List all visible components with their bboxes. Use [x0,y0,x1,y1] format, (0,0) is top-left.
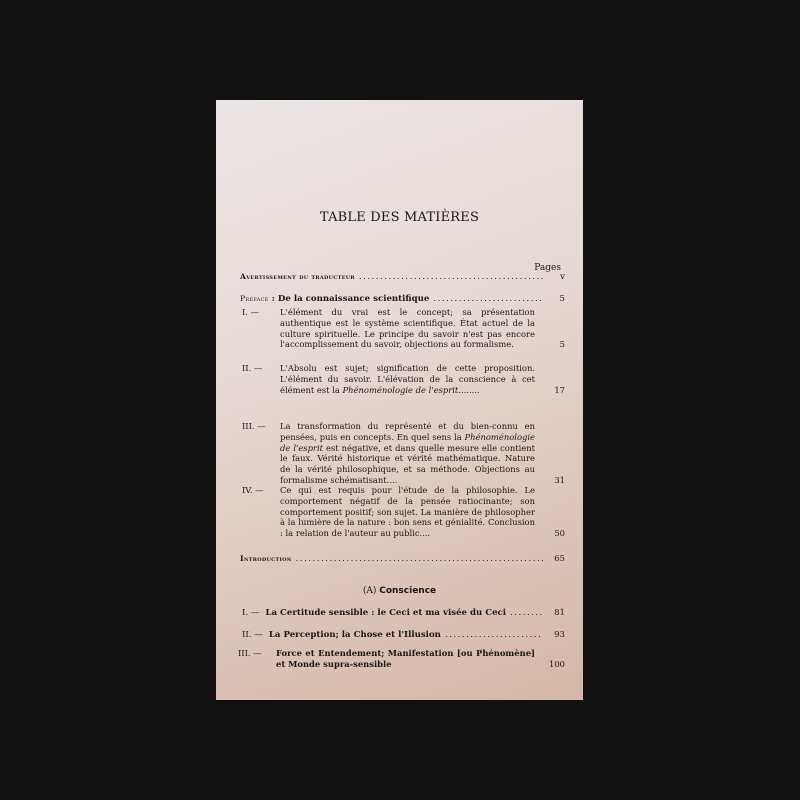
toc-subentry: III. — Force et Entendement; Manifestati… [238,648,565,670]
entry-page: v [547,272,565,283]
entry-label: : De la connaissance scientifique [269,294,430,304]
entry-number: IV. — [242,485,264,496]
entry-page: 100 [549,659,565,670]
toc-subentry: I. — La Certitude sensible : le Ceci et … [242,608,565,619]
book-page: TABLE DES MATIÈRES Pages Avertissement d… [216,100,583,700]
entry-page: 65 [547,554,565,565]
leader-dots [433,294,543,305]
entry-text: Force et Entendement; Manifestation [ou … [276,648,535,670]
entry-label-sc: Préface [240,294,269,303]
entry-number: III. — [242,421,266,432]
entry-text: La transformation du représenté et du bi… [280,421,535,486]
entry-text: La Perception; la Chose et l'Illusion [269,630,441,641]
toc-entry-preface: Préface : De la connaissance scientifiqu… [240,294,565,305]
toc-entry-introduction: Introduction 65 [240,554,565,565]
entry-page: 5 [560,339,565,350]
leader-dots [359,272,543,283]
entry-page: 50 [554,528,565,539]
toc-entry-avertissement: Avertissement du traducteur v [240,272,565,283]
entry-page: 81 [547,608,565,619]
entry-page: 93 [547,630,565,641]
page-title: TABLE DES MATIÈRES [216,210,583,225]
toc-subentry: II. — La Perception; la Chose et l'Illus… [242,630,565,641]
entry-number: II. — [242,363,262,374]
entry-label: Introduction [240,554,292,565]
entry-text: L'Absolu est sujet; signification de cet… [280,363,535,395]
toc-subentry: I. — L'élément du vrai est le concept; s… [242,307,565,350]
leader-dots [445,630,543,641]
entry-page: 5 [547,294,565,305]
entry-number: III. — [238,648,262,659]
toc-subentry: III. — La transformation du représenté e… [242,421,565,486]
entry-text: La Certitude sensible : le Ceci et ma vi… [265,608,506,619]
leader-dots [510,608,543,619]
toc-subentry: II. — L'Absolu est sujet; signification … [242,363,565,395]
leader-dots [296,554,543,565]
entry-label: Avertissement du traducteur [240,272,355,283]
entry-number: I. — [242,307,259,318]
section-heading: (A) Conscience [216,586,583,596]
entry-text: L'élément du vrai est le concept; sa pré… [280,307,535,350]
toc-subentry: IV. — Ce qui est requis pour l'étude de … [242,485,565,539]
entry-page: 17 [554,385,565,396]
entry-text: Ce qui est requis pour l'étude de la phi… [280,485,535,539]
